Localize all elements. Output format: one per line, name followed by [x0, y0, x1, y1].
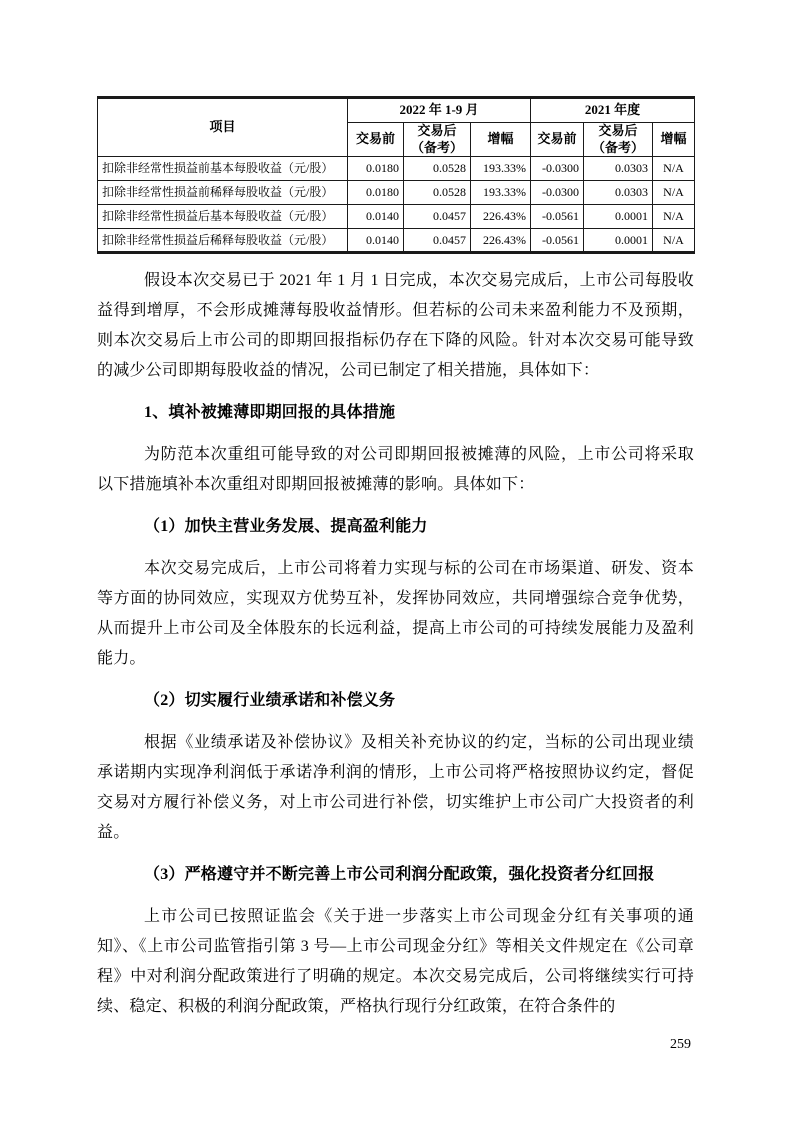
cell-value: 0.0303	[584, 181, 653, 205]
cell-value: 193.33%	[471, 181, 531, 205]
cell-value: 0.0001	[584, 205, 653, 229]
heading-measure-1: （1）加快主营业务发展、提高盈利能力	[97, 512, 694, 542]
cell-value: 0.0140	[348, 229, 404, 253]
header-post-deal-2021: 交易后（备考）	[584, 123, 653, 157]
table-header-group-row: 项目 2022 年 1-9 月 2021 年度	[98, 98, 695, 123]
cell-value: 0.0528	[404, 157, 471, 181]
page-content: 项目 2022 年 1-9 月 2021 年度 交易前 交易后（备考） 增幅 交…	[97, 96, 694, 1022]
heading-measure-2: （2）切实履行业绩承诺和补偿义务	[97, 686, 694, 716]
cell-value: N/A	[653, 157, 695, 181]
cell-value: 0.0140	[348, 205, 404, 229]
cell-value: 226.43%	[471, 205, 531, 229]
paragraph-assumption: 假设本次交易已于 2021 年 1 月 1 日完成，本次交易完成后，上市公司每股…	[97, 266, 694, 386]
paragraph-measure-2: 根据《业绩承诺及补偿协议》及相关补充协议的约定，当标的公司出现业绩承诺期内实现净…	[97, 728, 694, 848]
header-pre-deal-2021: 交易前	[531, 123, 584, 157]
cell-value: 0.0457	[404, 229, 471, 253]
heading-measure-3: （3）严格遵守并不断完善上市公司利润分配政策，强化投资者分红回报	[97, 860, 694, 890]
cell-value: N/A	[653, 229, 695, 253]
heading-measures: 1、填补被摊薄即期回报的具体措施	[97, 398, 694, 428]
cell-value: 0.0001	[584, 229, 653, 253]
paragraph-measure-1: 本次交易完成后，上市公司将着力实现与标的公司在市场渠道、研发、资本等方面的协同效…	[97, 554, 694, 674]
header-post-deal-2022-line1: 交易后	[417, 123, 456, 138]
paragraph-measure-3: 上市公司已按照证监会《关于进一步落实上市公司现金分红有关事项的通知》、《上市公司…	[97, 902, 694, 1022]
paragraph-measures-intro: 为防范本次重组可能导致的对公司即期回报被摊薄的风险，上市公司将采取以下措施填补本…	[97, 440, 694, 500]
cell-value: N/A	[653, 205, 695, 229]
row-item-label: 扣除非经常性损益前基本每股收益（元/股）	[98, 157, 348, 181]
cell-value: -0.0300	[531, 157, 584, 181]
header-item-column: 项目	[98, 98, 348, 157]
table-row: 扣除非经常性损益前基本每股收益（元/股） 0.0180 0.0528 193.3…	[98, 157, 695, 181]
header-group-2022: 2022 年 1-9 月	[348, 98, 531, 123]
cell-value: 193.33%	[471, 157, 531, 181]
cell-value: 0.0180	[348, 181, 404, 205]
row-item-label: 扣除非经常性损益后基本每股收益（元/股）	[98, 205, 348, 229]
header-pre-deal-2022: 交易前	[348, 123, 404, 157]
header-post-deal-2021-line2: （备考）	[592, 140, 644, 155]
cell-value: N/A	[653, 181, 695, 205]
header-post-deal-2022-line2: （备考）	[411, 140, 463, 155]
table-row: 扣除非经常性损益后基本每股收益（元/股） 0.0140 0.0457 226.4…	[98, 205, 695, 229]
header-change-2021: 增幅	[653, 123, 695, 157]
cell-value: -0.0300	[531, 181, 584, 205]
cell-value: 226.43%	[471, 229, 531, 253]
table-row: 扣除非经常性损益前稀释每股收益（元/股） 0.0180 0.0528 193.3…	[98, 181, 695, 205]
header-change-2022: 增幅	[471, 123, 531, 157]
page-number: 259	[670, 1037, 691, 1053]
row-item-label: 扣除非经常性损益后稀释每股收益（元/股）	[98, 229, 348, 253]
cell-value: 0.0457	[404, 205, 471, 229]
row-item-label: 扣除非经常性损益前稀释每股收益（元/股）	[98, 181, 348, 205]
table-row: 扣除非经常性损益后稀释每股收益（元/股） 0.0140 0.0457 226.4…	[98, 229, 695, 253]
header-post-deal-2021-line1: 交易后	[599, 123, 638, 138]
header-post-deal-2022: 交易后（备考）	[404, 123, 471, 157]
cell-value: -0.0561	[531, 229, 584, 253]
cell-value: -0.0561	[531, 205, 584, 229]
cell-value: 0.0303	[584, 157, 653, 181]
eps-comparison-table: 项目 2022 年 1-9 月 2021 年度 交易前 交易后（备考） 增幅 交…	[97, 96, 695, 254]
cell-value: 0.0180	[348, 157, 404, 181]
document-page: 项目 2022 年 1-9 月 2021 年度 交易前 交易后（备考） 增幅 交…	[0, 0, 793, 1122]
header-group-2021: 2021 年度	[531, 98, 695, 123]
cell-value: 0.0528	[404, 181, 471, 205]
